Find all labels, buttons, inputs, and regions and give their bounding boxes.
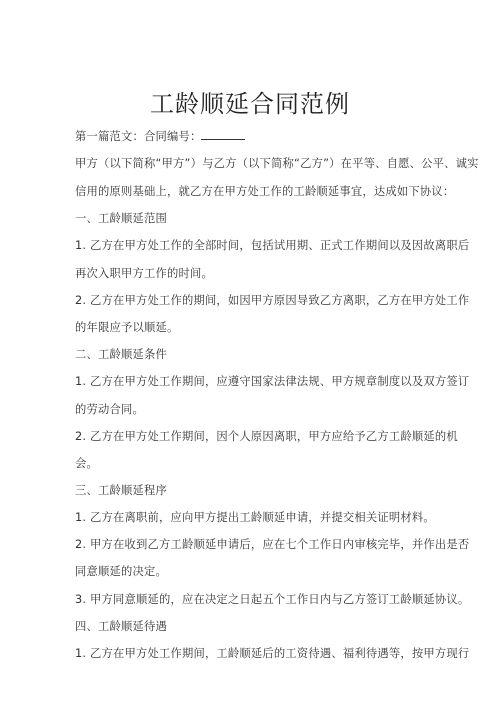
document-title: 工龄顺延合同范例 [0, 84, 500, 119]
clause-4-1: 1. 乙方在甲方处工作期间，工龄顺延后的工资待遇、福利待遇等，按甲方现行 [75, 645, 469, 661]
clause-1-2: 2. 乙方在甲方处工作的期间，如因甲方原因导致乙方离职，乙方在甲方处工作 [75, 292, 469, 308]
clause-2-1-cont: 的劳动合同。 [75, 401, 144, 417]
contract-number-label: 第一篇范文：合同编号： [75, 130, 201, 143]
intro-line-2: 信用的原则基础上，就乙方在甲方处工作的工龄顺延事宜，达成如下协议： [75, 183, 454, 199]
section-heading-2: 二、工龄顺延条件 [75, 346, 167, 362]
clause-3-2: 2. 甲方在收到乙方工龄顺延申请后，应在七个工作日内审核完毕，并作出是否 [75, 536, 469, 552]
clause-3-3: 3. 甲方同意顺延的，应在决定之日起五个工作日内与乙方签订工龄顺延协议。 [75, 591, 469, 607]
section-heading-1: 一、工龄顺延范围 [75, 210, 167, 226]
clause-3-2-cont: 同意顺延的决定。 [75, 563, 167, 579]
clause-3-1: 1. 乙方在离职前，应向甲方提出工龄顺延申请，并提交相关证明材料。 [75, 509, 435, 525]
clause-2-2: 2. 乙方在甲方处工作期间，因个人原因离职，甲方应给予乙方工龄顺延的机 [75, 428, 458, 444]
section-heading-3: 三、工龄顺延程序 [75, 482, 167, 498]
contract-number-blank [201, 130, 245, 140]
clause-1-2-cont: 的年限应予以顺延。 [75, 319, 178, 335]
contract-number-line: 第一篇范文：合同编号： [75, 128, 245, 144]
clause-1-1-cont: 再次入职甲方工作的时间。 [75, 265, 213, 281]
clause-1-1: 1. 乙方在甲方处工作的全部时间，包括试用期、正式工作期间以及因故离职后 [75, 237, 469, 253]
intro-line-1: 甲方（以下简称“甲方”）与乙方（以下简称“乙方”）在平等、自愿、公平、诚实 [75, 155, 479, 171]
section-heading-4: 四、工龄顺延待遇 [75, 618, 167, 634]
document-page: 工龄顺延合同范例 第一篇范文：合同编号： 甲方（以下简称“甲方”）与乙方（以下简… [0, 0, 500, 707]
clause-2-2-cont: 会。 [75, 455, 98, 471]
clause-2-1: 1. 乙方在甲方处工作期间，应遵守国家法律法规、甲方规章制度以及双方签订 [75, 373, 469, 389]
